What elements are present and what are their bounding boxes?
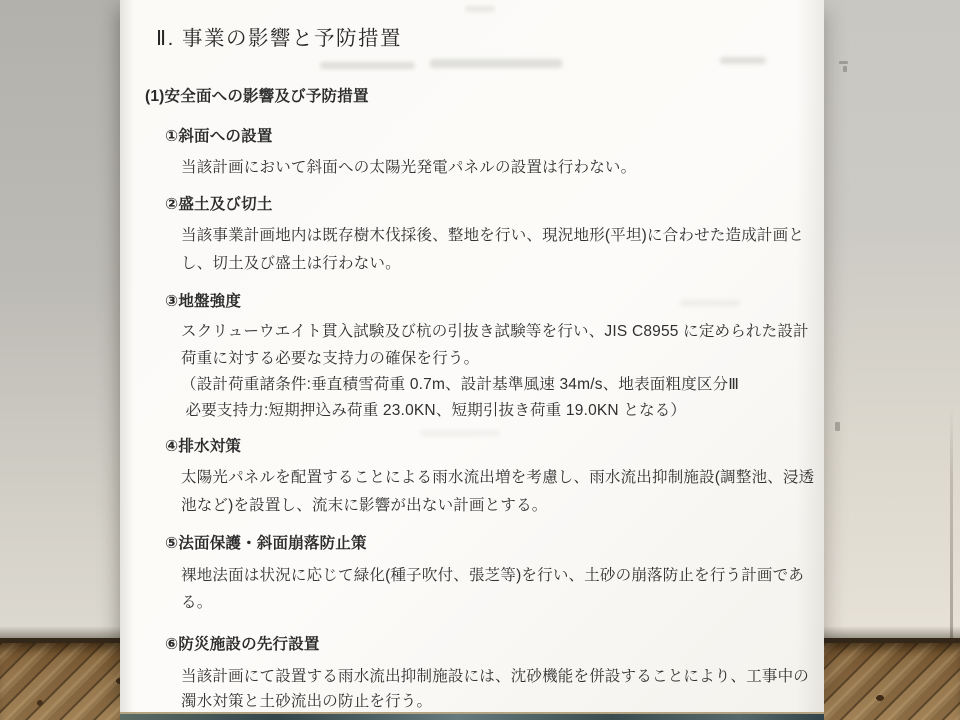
body-line: 当該事業計画地内は既存樹木伐採後、整地を行い、現況地形(平坦)に合わせた造成計画… — [181, 225, 804, 246]
scan-bleed-smudge — [430, 59, 562, 68]
wall-left — [0, 0, 122, 640]
subsection-5-heading: ⑤法面保護・斜面崩落防止策 — [165, 533, 367, 554]
photo-of-document-page: Ⅱ. 事業の影響と予防措置 (1)安全面への影響及び予防措置 ①斜面への設置 当… — [0, 0, 960, 720]
page-title: Ⅱ. 事業の影響と予防措置 — [156, 28, 402, 49]
wall-blemish — [835, 422, 840, 431]
body-line: 荷重に対する必要な支持力の確保を行う。 — [181, 348, 479, 369]
body-line: 必要支持力:短期押込み荷重 23.0KN、短期引抜き荷重 19.0KN となる） — [181, 400, 686, 421]
scan-bleed-smudge — [720, 57, 766, 64]
subsection-6-heading: ⑥防災施設の先行設置 — [165, 634, 320, 655]
page-bottom-cutoff-strip — [120, 712, 824, 720]
wall-blemish — [839, 61, 848, 64]
body-line: 太陽光パネルを配置することによる雨水流出増を考慮し、雨水流出抑制施設(調整池、浸… — [181, 467, 814, 488]
subsection-2-heading: ②盛土及び切土 — [165, 194, 273, 215]
body-line: る。 — [181, 592, 212, 613]
body-line: 裸地法面は状況に応じて緑化(種子吹付、張芝等)を行い、土砂の崩落防止を行う計画で… — [181, 565, 804, 586]
scan-bleed-smudge — [320, 62, 415, 69]
subsection-4-heading: ④排水対策 — [165, 436, 241, 457]
body-line: し、切土及び盛土は行わない。 — [181, 253, 401, 274]
body-line: 池など)を設置し、流末に影響が出ない計画とする。 — [181, 495, 547, 516]
scan-bleed-smudge — [680, 300, 740, 306]
wall-right — [822, 0, 960, 640]
wall-blemish — [843, 66, 847, 72]
body-line: 当該計画において斜面への太陽光発電パネルの設置は行わない。 — [181, 157, 636, 178]
scan-bleed-smudge — [465, 6, 495, 12]
wall-corner-shadow — [950, 408, 953, 640]
subsection-1-heading: ①斜面への設置 — [165, 126, 273, 147]
document-paper: Ⅱ. 事業の影響と予防措置 (1)安全面への影響及び予防措置 ①斜面への設置 当… — [120, 0, 824, 712]
subsection-3-heading: ③地盤強度 — [165, 291, 241, 312]
scan-bleed-smudge — [420, 430, 500, 436]
body-line: 当該計画にて設置する雨水流出抑制施設には、沈砂機能を併設することにより、工事中の — [181, 666, 809, 687]
section-1-title: (1)安全面への影響及び予防措置 — [145, 86, 369, 107]
body-line: （設計荷重諸条件:垂直積雪荷重 0.7m、設計基準風速 34m/s、地表面粗度区… — [181, 374, 739, 395]
body-line: スクリューウエイト貫入試験及び杭の引抜き試験等を行い、JIS C8955 に定め… — [181, 321, 809, 342]
body-line: 濁水対策と土砂流出の防止を行う。 — [181, 691, 432, 712]
